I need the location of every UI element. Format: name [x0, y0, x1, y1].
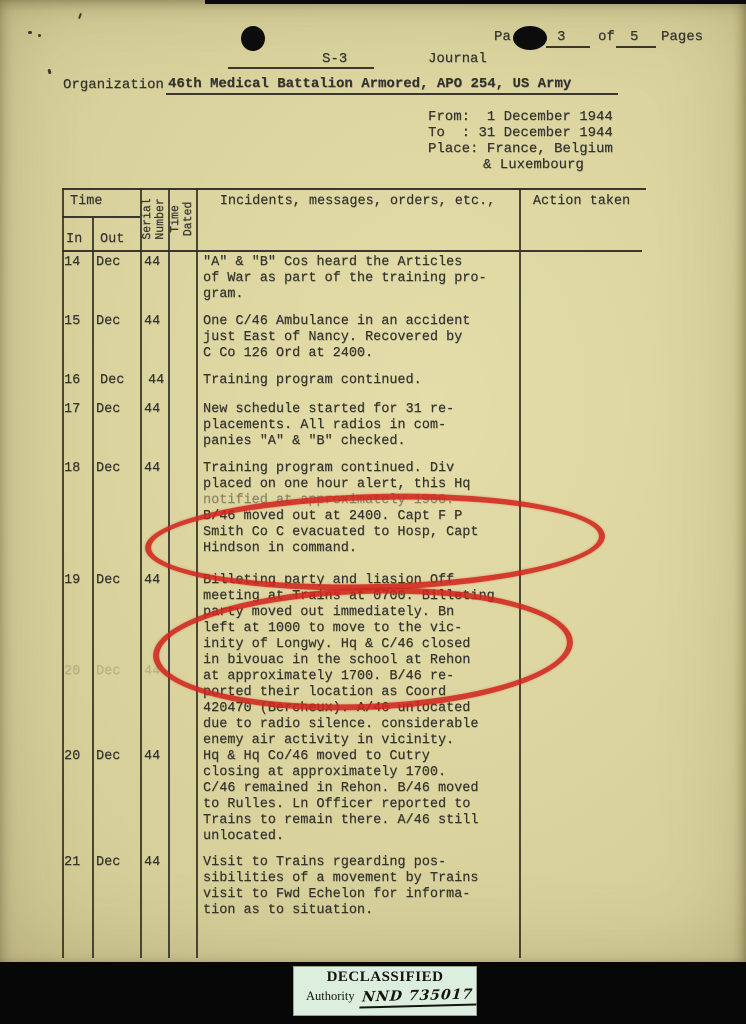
col-header-incidents: Incidents, messages, orders, etc.,: [196, 194, 519, 209]
scanned-journal-page: { "page": { "header": { "page_prefix": "…: [0, 0, 746, 1024]
row-month: Dec: [96, 255, 120, 271]
row-incident-text: Hq & Hq Co/46 moved to Cutry closing at …: [203, 749, 535, 845]
row-year: 44: [144, 573, 160, 589]
row-incident-text: Training program continued.: [203, 373, 535, 389]
time-subheader-line: [62, 216, 140, 218]
row-year: 44: [144, 855, 160, 871]
row-year: 44: [144, 255, 160, 271]
pen-mark: [38, 34, 41, 37]
pages-label: Pages: [661, 29, 703, 45]
row-year: 44: [144, 314, 160, 330]
incident-text-segment: Training program continued. Div placed o…: [203, 461, 470, 492]
journal-label: Journal: [428, 51, 487, 67]
row-day: 15: [64, 314, 80, 330]
row-month: Dec: [96, 855, 120, 871]
row-incident-text: One C/46 Ambulance in an accident just E…: [203, 314, 535, 362]
row-incident-text: New schedule started for 31 re- placemen…: [203, 402, 535, 450]
row-year: 44: [148, 373, 164, 389]
row-month: Dec: [96, 749, 120, 765]
row-year: 44: [144, 461, 160, 477]
header-bottom-border: [62, 250, 642, 252]
place-line-2: & Luxembourg: [483, 157, 584, 173]
to-line: To : 31 December 1944: [428, 125, 613, 141]
page-number-underline: [546, 46, 590, 48]
declassified-title: DECLASSIFIED: [293, 969, 477, 986]
row-incident-text: Visit to Trains rgearding pos- sibilitie…: [203, 855, 535, 919]
col-divider-in-out: [92, 217, 94, 958]
scan-edge-strip: [205, 0, 746, 4]
row-day: 20: [64, 749, 80, 765]
table-top-border: [62, 188, 646, 190]
col-header-in: In: [66, 232, 82, 247]
row-month: Dec: [96, 314, 120, 330]
total-pages-underline: [616, 46, 656, 48]
organization-label: Organization: [63, 77, 164, 93]
authority-label: Authority: [306, 989, 355, 1003]
row-month: Dec: [96, 664, 120, 680]
row-month: Dec: [96, 402, 120, 418]
row-month: Dec: [100, 373, 124, 389]
col-header-time: Time: [70, 194, 102, 209]
row-year: 44: [144, 749, 160, 765]
hole-punch: [241, 26, 265, 51]
of-label: of: [598, 29, 615, 45]
declassified-stamp: DECLASSIFIED AuthorityNND 735017: [293, 966, 477, 1016]
place-line: Place: France, Belgium: [428, 141, 613, 157]
row-day: 21: [64, 855, 80, 871]
row-year: 44: [144, 402, 160, 418]
row-day: 19: [64, 573, 80, 589]
row-day: 18: [64, 461, 80, 477]
row-day: 14: [64, 255, 80, 271]
authority-row: AuthorityNND 735017: [293, 987, 477, 1007]
pen-mark: [28, 31, 32, 34]
row-incident-text: "A" & "B" Cos heard the Articles of War …: [203, 255, 535, 303]
row-day: 16: [64, 373, 80, 389]
col-divider-serial-dated: [168, 188, 170, 958]
row-month: Dec: [96, 573, 120, 589]
section-underline: [228, 67, 374, 69]
organization-underline: [166, 93, 618, 95]
authority-handwritten-value: NND 735017: [359, 987, 477, 1008]
page-number: 3: [557, 29, 565, 45]
col-header-action-taken: Action taken: [519, 194, 644, 209]
col-divider-out-serial: [140, 188, 142, 958]
col-header-time-dated: Time Dated: [169, 191, 195, 247]
from-line: From: 1 December 1944: [428, 109, 613, 125]
section-title: S-3: [322, 51, 347, 67]
row-day: 17: [64, 402, 80, 418]
hole-punch: [513, 26, 547, 50]
row-month: Dec: [96, 461, 120, 477]
total-pages: 5: [630, 29, 638, 45]
page-label-prefix: Pa: [494, 29, 511, 45]
row-day: 20: [64, 664, 80, 680]
organization-value: 46th Medical Battalion Armored, APO 254,…: [168, 76, 571, 92]
col-header-out: Out: [100, 232, 124, 247]
col-header-serial-number: Serial Number: [141, 191, 167, 247]
